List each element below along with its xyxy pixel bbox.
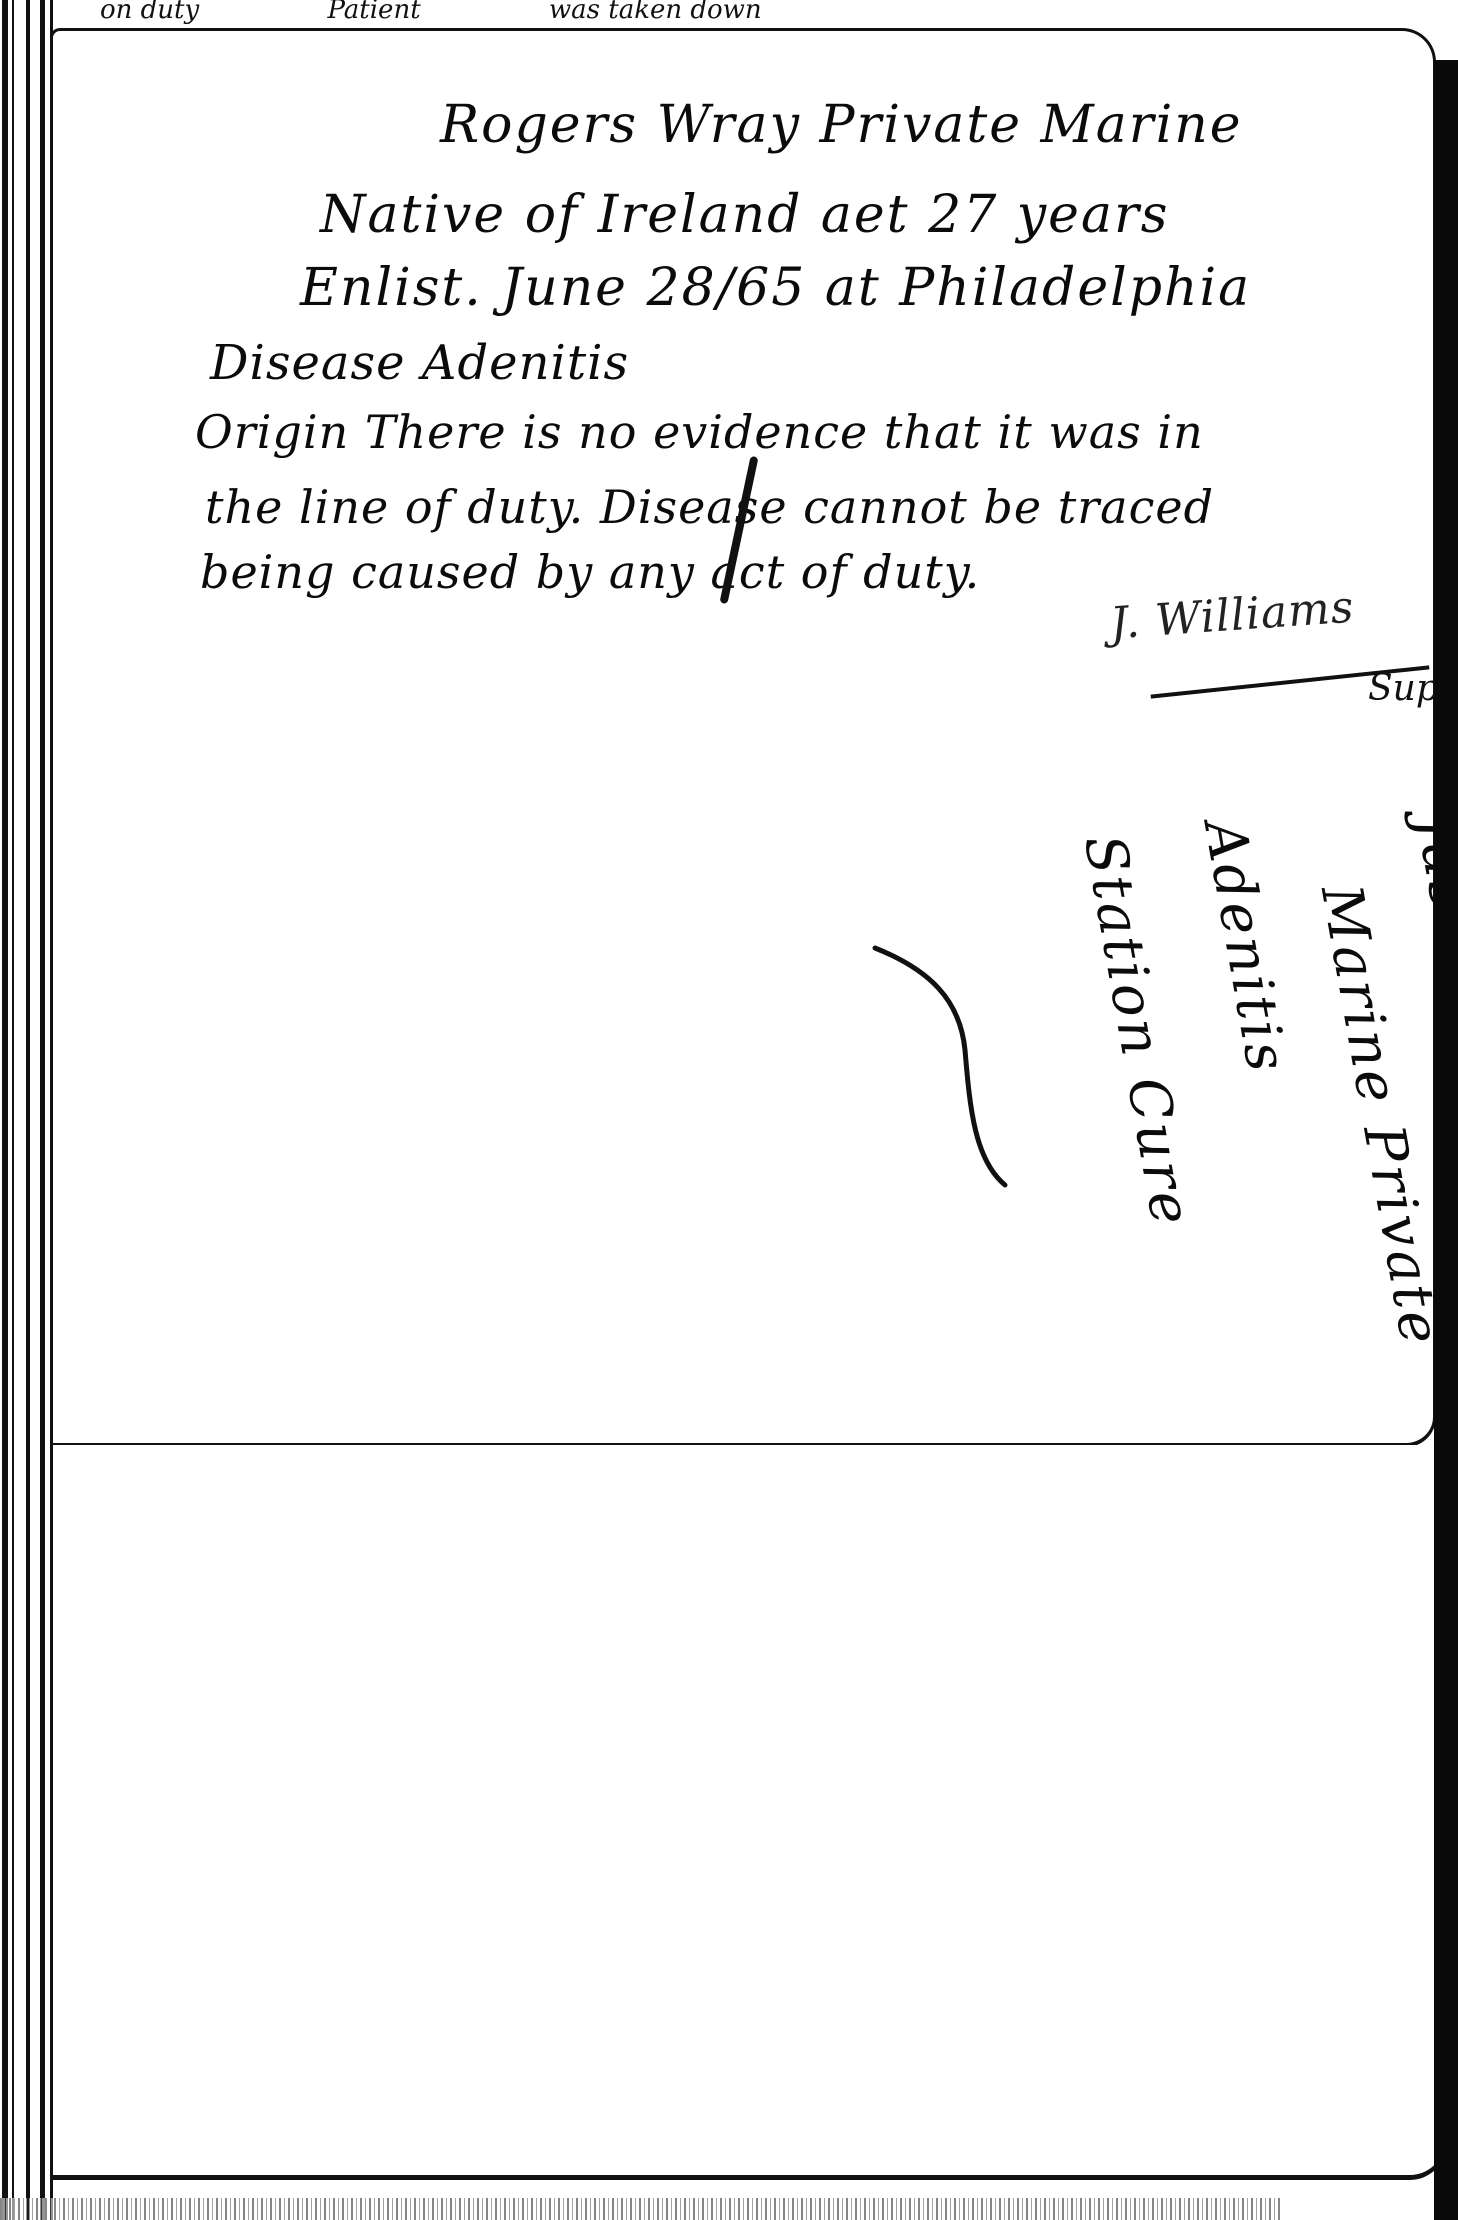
- scan-edge-right: [1434, 60, 1458, 2220]
- entry-name-line: Rogers Wray Private Marine: [440, 95, 1243, 155]
- page-binding: [0, 0, 56, 2220]
- pen-flourish: [870, 940, 1010, 1190]
- entry-disease-line: Disease Adenitis: [210, 335, 629, 391]
- record-panel-docket: [50, 693, 1436, 1447]
- entry-origin-line-2: the line of duty. Disease cannot be trac…: [205, 480, 1214, 534]
- previous-page-fragment: on duty Patient was taken down: [100, 0, 1400, 24]
- entry-origin-line-1: Origin There is no evidence that it was …: [195, 405, 1204, 459]
- scan-edge-bottom: [0, 2198, 1280, 2220]
- entry-enlist-line: Enlist. June 28/65 at Philadelphia: [300, 258, 1251, 318]
- entry-native-line: Native of Ireland aet 27 years: [320, 185, 1170, 245]
- record-panel-blank: [50, 1445, 1446, 2180]
- entry-origin-line-3: being caused by any act of duty.: [200, 545, 980, 599]
- signature-title: Sup: [1368, 668, 1439, 709]
